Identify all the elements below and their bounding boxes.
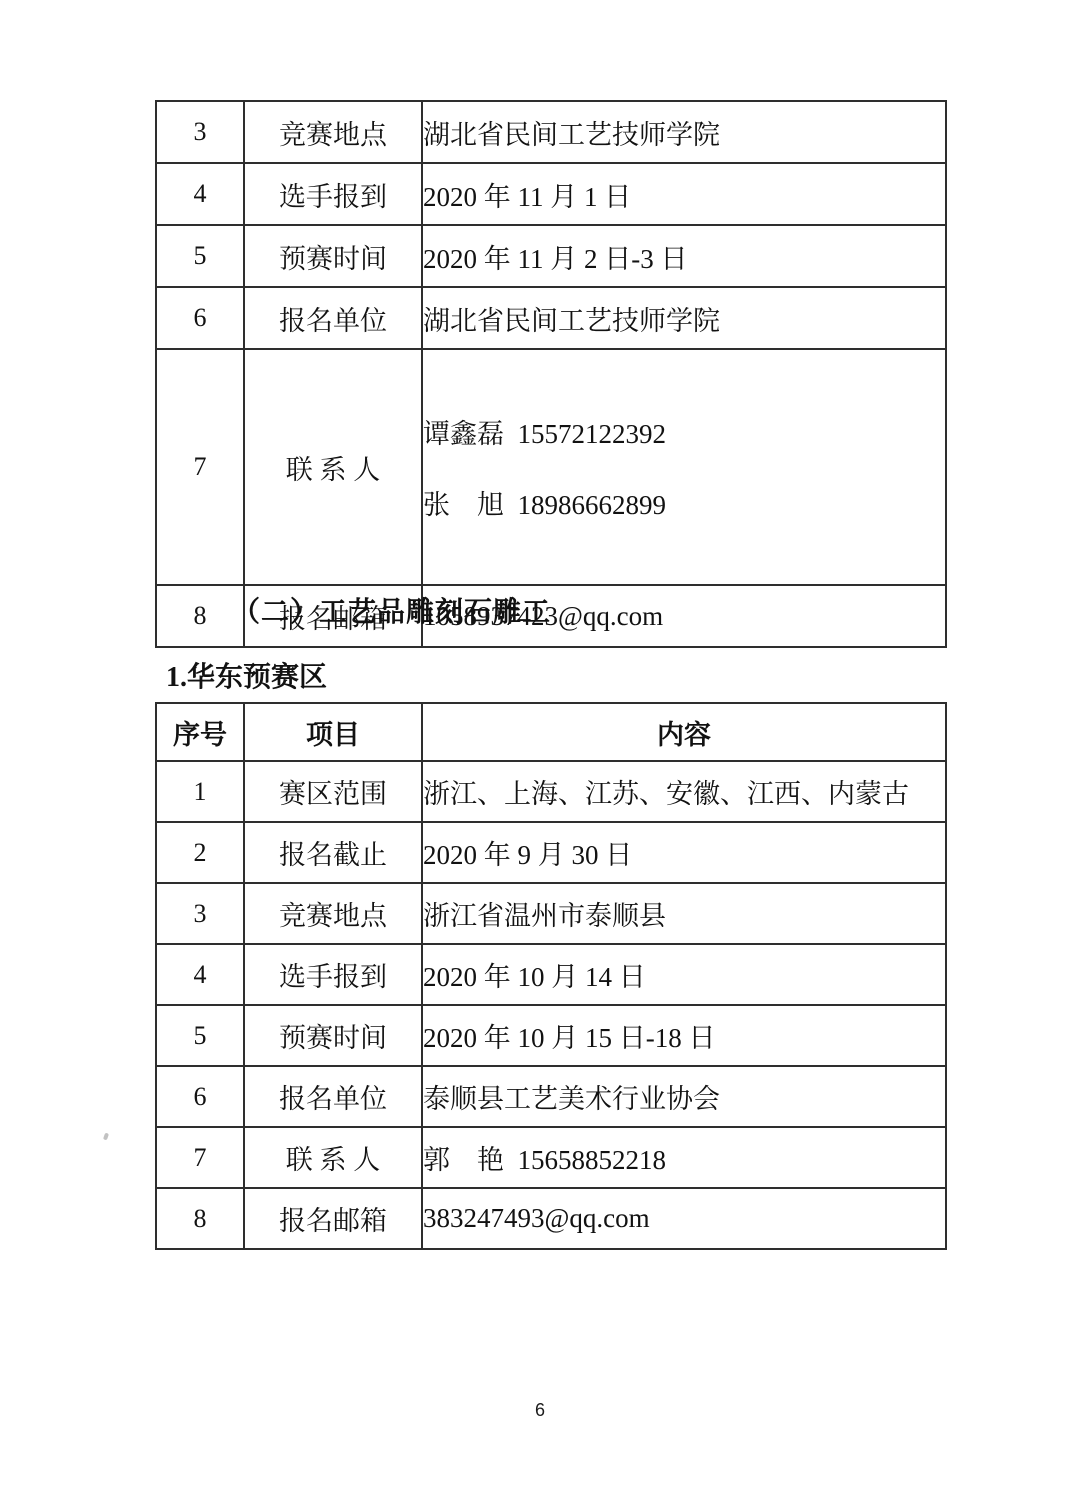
- page-number: 6: [0, 1400, 1080, 1421]
- row-content: 2020 年 10 月 14 日: [422, 944, 946, 1005]
- row-number: 5: [156, 1005, 244, 1066]
- table-row: 1 赛区范围 浙江、上海、江苏、安徽、江西、内蒙古: [156, 761, 946, 822]
- row-item-label: 选手报到: [244, 944, 422, 1005]
- row-number: 6: [156, 287, 244, 349]
- document-page: 3 竞赛地点 湖北省民间工艺技师学院 4 选手报到 2020 年 11 月 1 …: [0, 0, 1080, 1497]
- row-item-label: 报名截止: [244, 822, 422, 883]
- registration-table-northcentral: 3 竞赛地点 湖北省民间工艺技师学院 4 选手报到 2020 年 11 月 1 …: [155, 100, 947, 648]
- row-number: 2: [156, 822, 244, 883]
- table-row: 7 联 系 人 谭鑫磊 15572122392 张 旭 18986662899: [156, 349, 946, 585]
- table-row: 8 报名邮箱 383247493@qq.com: [156, 1188, 946, 1249]
- table-row: 5 预赛时间 2020 年 11 月 2 日-3 日: [156, 225, 946, 287]
- table-row: 4 选手报到 2020 年 11 月 1 日: [156, 163, 946, 225]
- row-number: 4: [156, 163, 244, 225]
- row-content: 泰顺县工艺美术行业协会: [422, 1066, 946, 1127]
- row-content: 湖北省民间工艺技师学院: [422, 287, 946, 349]
- row-number: 8: [156, 585, 244, 647]
- row-number: 8: [156, 1188, 244, 1249]
- row-item-label: 报名单位: [244, 1066, 422, 1127]
- table-row: 3 竞赛地点 浙江省温州市泰顺县: [156, 883, 946, 944]
- row-content: 湖北省民间工艺技师学院: [422, 101, 946, 163]
- table-row: 5 预赛时间 2020 年 10 月 15 日-18 日: [156, 1005, 946, 1066]
- row-item-label: 赛区范围: [244, 761, 422, 822]
- header-serial: 序号: [156, 703, 244, 761]
- scan-artifact: [103, 1133, 109, 1141]
- row-item-label: 预赛时间: [244, 1005, 422, 1066]
- section-subheading: 1.华东预赛区: [166, 655, 327, 695]
- row-item-label: 竞赛地点: [244, 883, 422, 944]
- row-item-label: 预赛时间: [244, 225, 422, 287]
- contact-line: 谭鑫磊 15572122392: [423, 412, 945, 451]
- registration-table-eastchina: 序号 项目 内容 1 赛区范围 浙江、上海、江苏、安徽、江西、内蒙古 2 报名截…: [155, 702, 947, 1250]
- row-number: 7: [156, 349, 244, 585]
- table-row: 4 选手报到 2020 年 10 月 14 日: [156, 944, 946, 1005]
- row-number: 4: [156, 944, 244, 1005]
- row-content: 2020 年 11 月 2 日-3 日: [422, 225, 946, 287]
- table-row: 7 联 系 人 郭 艳 15658852218: [156, 1127, 946, 1188]
- table-row: 6 报名单位 泰顺县工艺美术行业协会: [156, 1066, 946, 1127]
- row-content: 2020 年 10 月 15 日-18 日: [422, 1005, 946, 1066]
- table-row: 3 竞赛地点 湖北省民间工艺技师学院: [156, 101, 946, 163]
- row-content: 浙江省温州市泰顺县: [422, 883, 946, 944]
- row-content: 浙江、上海、江苏、安徽、江西、内蒙古: [422, 761, 946, 822]
- row-content: 谭鑫磊 15572122392 张 旭 18986662899: [422, 349, 946, 585]
- row-item-label: 选手报到: [244, 163, 422, 225]
- row-number: 7: [156, 1127, 244, 1188]
- table-header-row: 序号 项目 内容: [156, 703, 946, 761]
- header-content: 内容: [422, 703, 946, 761]
- row-number: 1: [156, 761, 244, 822]
- row-number: 5: [156, 225, 244, 287]
- header-item: 项目: [244, 703, 422, 761]
- contact-line: 张 旭 18986662899: [423, 483, 945, 522]
- section-heading: （二）工艺品雕刻石雕工: [232, 590, 551, 630]
- row-number: 3: [156, 883, 244, 944]
- row-content: 383247493@qq.com: [422, 1188, 946, 1249]
- table-row: 6 报名单位 湖北省民间工艺技师学院: [156, 287, 946, 349]
- row-item-label: 报名单位: [244, 287, 422, 349]
- row-content: 2020 年 11 月 1 日: [422, 163, 946, 225]
- row-item-label: 联 系 人: [244, 1127, 422, 1188]
- row-item-label: 报名邮箱: [244, 1188, 422, 1249]
- row-number: 3: [156, 101, 244, 163]
- row-item-label: 竞赛地点: [244, 101, 422, 163]
- row-number: 6: [156, 1066, 244, 1127]
- table-row: 2 报名截止 2020 年 9 月 30 日: [156, 822, 946, 883]
- row-item-label: 联 系 人: [244, 349, 422, 585]
- row-content: 2020 年 9 月 30 日: [422, 822, 946, 883]
- row-content: 郭 艳 15658852218: [422, 1127, 946, 1188]
